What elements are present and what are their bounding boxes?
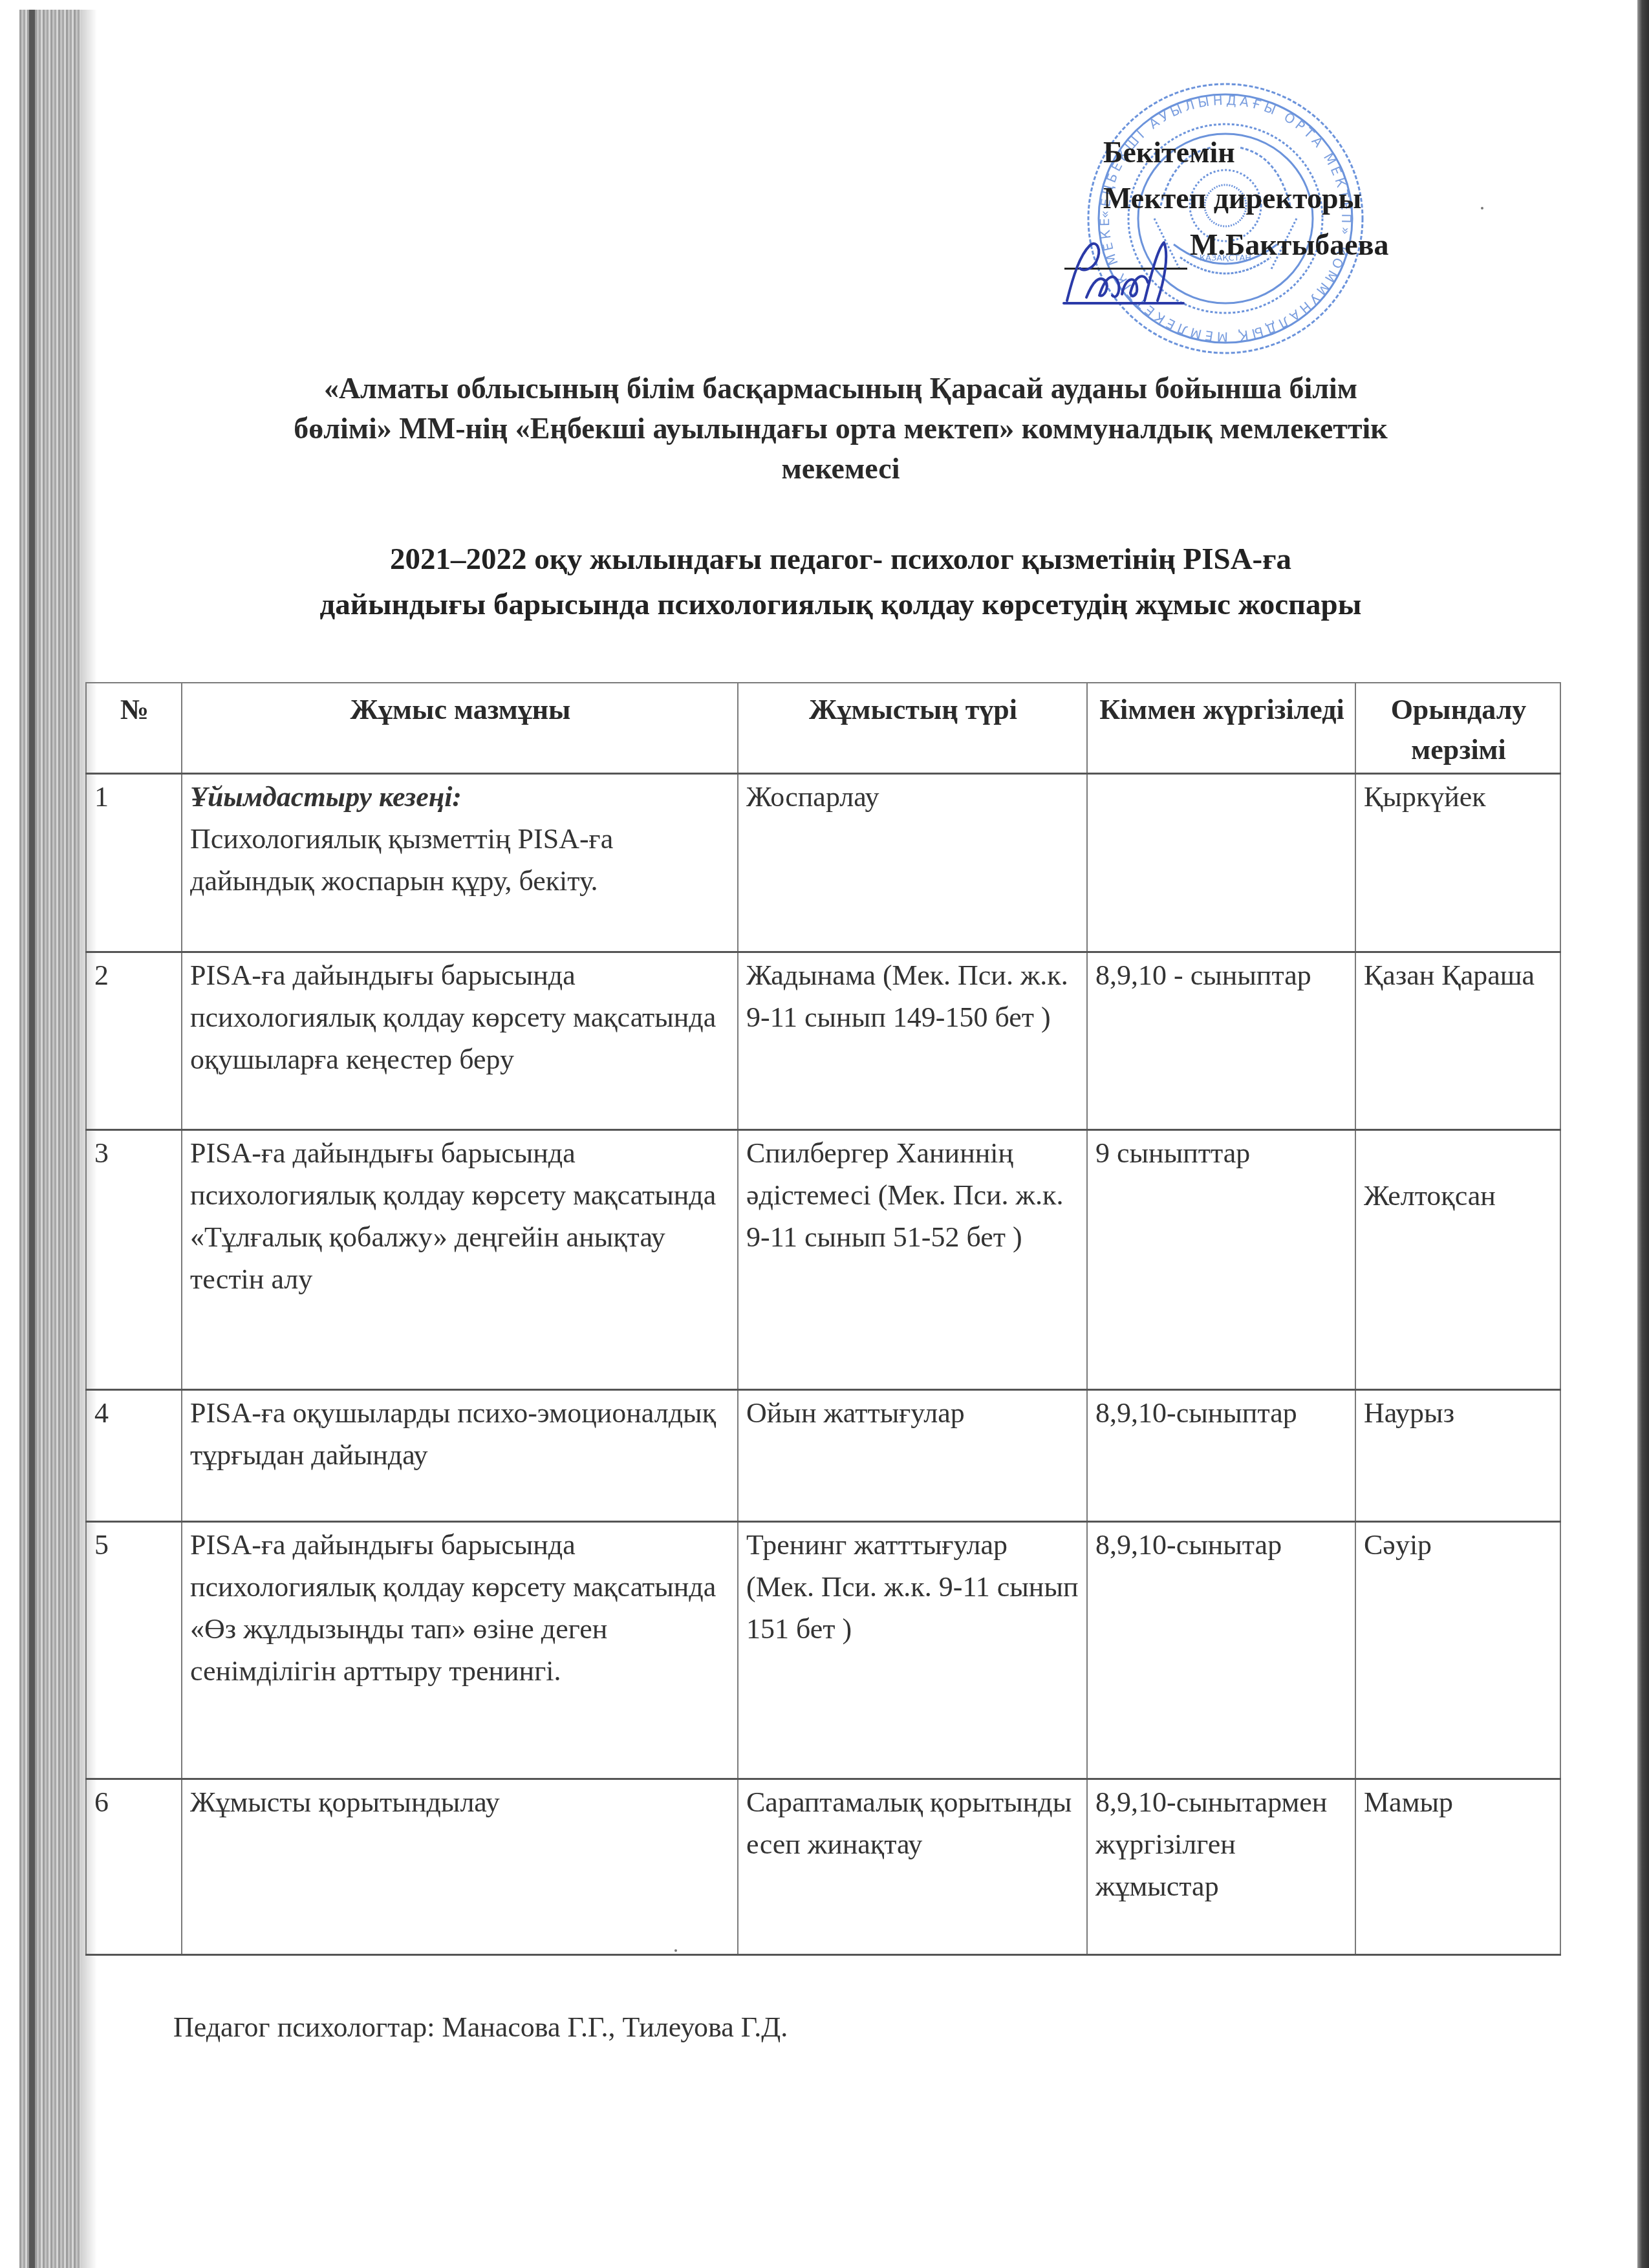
organization-line-2: бөлімі» ММ-нің «Еңбекші ауылындағы орта … — [162, 409, 1520, 449]
approver-name: М.Бактыбаева — [1190, 228, 1389, 261]
row-content: PISA-ға дайындығы барысында психологиялы… — [182, 952, 738, 1130]
row-content: Жұмысты қорытындылау — [182, 1779, 738, 1955]
row-type: Сараптамалық қорытынды есеп жинақтау — [738, 1779, 1087, 1955]
row-content: PISA-ға дайындығы барысында психологиялы… — [182, 1522, 738, 1779]
approval-heading: Бекітемін — [1103, 129, 1389, 175]
row-type: Тренинг жатттығулар (Мек. Пси. ж.к. 9-11… — [738, 1522, 1087, 1779]
organization-name: «Алматы облысының білім басқармасының Қа… — [162, 369, 1520, 489]
row-participants: 8,9,10-сынытармен жүргізілген жұмыстар — [1087, 1779, 1355, 1955]
table-row: 2 PISA-ға дайындығы барысында психология… — [86, 952, 1560, 1130]
row-deadline: Наурыз — [1355, 1390, 1560, 1522]
table-row: 6 Жұмысты қорытындылау Сараптамалық қоры… — [86, 1779, 1560, 1955]
row-participants — [1087, 774, 1355, 952]
row-number: 1 — [86, 774, 182, 952]
scan-speck — [1481, 207, 1483, 209]
row-type: Жадынама (Мек. Пси. ж.к. 9-11 сынып 149-… — [738, 952, 1087, 1130]
stage-label: Ұйымдастыру кезеңі: — [190, 781, 462, 813]
document-title: 2021–2022 оқу жылындағы педагог- психоло… — [162, 537, 1520, 627]
signature-icon — [1061, 236, 1196, 307]
row-deadline: Қыркүйек — [1355, 774, 1560, 952]
organization-line-3: мекемесі — [162, 449, 1520, 489]
table-row: 5 PISA-ға дайындығы барысында психология… — [86, 1522, 1560, 1779]
row-type: Жоспарлау — [738, 774, 1087, 952]
work-plan-table: № Жұмыс мазмұны Жұмыстың түрі Кіммен жүр… — [85, 682, 1561, 1956]
row-content-text: Психологиялық қызметтің PISA-ға дайындық… — [190, 823, 613, 897]
table-row: 3 PISA-ға дайындығы барысында психология… — [86, 1130, 1560, 1390]
row-deadline: Қазан Қараша — [1355, 952, 1560, 1130]
row-content: Ұйымдастыру кезеңі: Психологиялық қызмет… — [182, 774, 738, 952]
row-participants: 9 сыныпттар — [1087, 1130, 1355, 1390]
row-number: 3 — [86, 1130, 182, 1390]
title-line-2: дайындығы барысында психологиялық қолдау… — [162, 582, 1520, 627]
psychologists-signature: Педагог психологтар: Манасова Г.Г., Тиле… — [173, 2011, 788, 2044]
row-type: Ойын жаттығулар — [738, 1390, 1087, 1522]
row-deadline: Мамыр — [1355, 1779, 1560, 1955]
row-number: 4 — [86, 1390, 182, 1522]
header-content: Жұмыс мазмұны — [182, 683, 738, 774]
row-content: PISA-ға дайындығы барысында психологиялы… — [182, 1130, 738, 1390]
table-row: 4 PISA-ға оқушыларды психо-эмоционалдық … — [86, 1390, 1560, 1522]
title-line-1: 2021–2022 оқу жылындағы педагог- психоло… — [162, 537, 1520, 582]
header-number: № — [86, 683, 182, 774]
scanner-edge-right — [1637, 0, 1649, 2268]
organization-line-1: «Алматы облысының білім басқармасының Қа… — [162, 369, 1520, 409]
row-content: PISA-ға оқушыларды психо-эмоционалдық тұ… — [182, 1390, 738, 1522]
approver-position: Мектеп директоры — [1103, 175, 1389, 221]
header-type: Жұмыстың түрі — [738, 683, 1087, 774]
row-type: Спилбергер Ханиннің әдістемесі (Мек. Пси… — [738, 1130, 1087, 1390]
row-deadline: Желтоқсан — [1355, 1130, 1560, 1390]
scanner-edge-left — [19, 10, 81, 2268]
row-deadline: Сәуір — [1355, 1522, 1560, 1779]
row-number: 6 — [86, 1779, 182, 1955]
row-participants: 8,9,10-сыныптар — [1087, 1390, 1355, 1522]
row-number: 2 — [86, 952, 182, 1130]
header-participants: Кіммен жүргізіледі — [1087, 683, 1355, 774]
row-participants: 8,9,10 - сыныптар — [1087, 952, 1355, 1130]
row-participants: 8,9,10-сынытар — [1087, 1522, 1355, 1779]
table-row: 1 Ұйымдастыру кезеңі: Психологиялық қызм… — [86, 774, 1560, 952]
scan-speck — [674, 1949, 677, 1952]
header-deadline: Орындалу мерзімі — [1355, 683, 1560, 774]
table-header-row: № Жұмыс мазмұны Жұмыстың түрі Кіммен жүр… — [86, 683, 1560, 774]
row-number: 5 — [86, 1522, 182, 1779]
